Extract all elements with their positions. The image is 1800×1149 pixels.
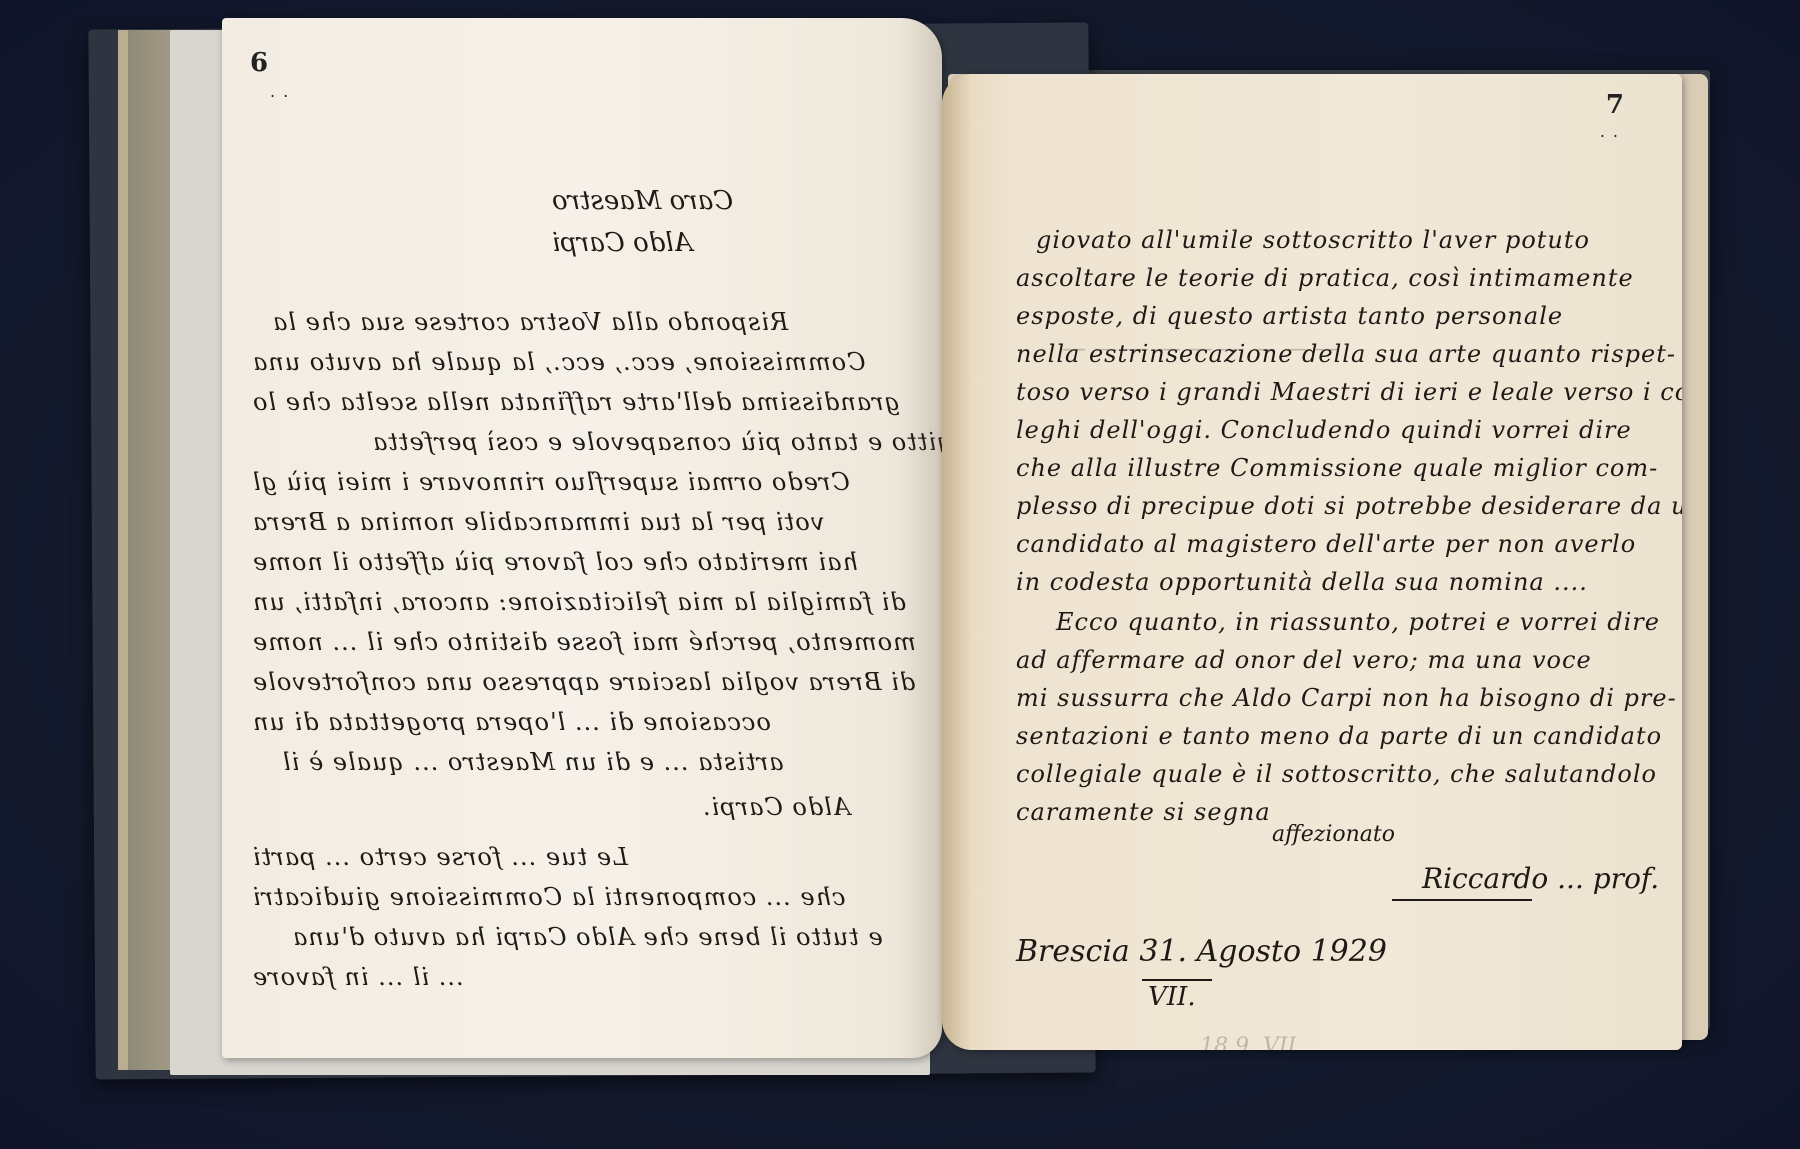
right-page: 7 .. — — — — — — — — — giovato all'umile… xyxy=(942,74,1682,1050)
left-line: Rispondo alla Vostra cortese sua che la xyxy=(272,308,788,336)
left-heading-line-2: Aldo Carpi xyxy=(552,228,692,258)
right-line: esposte, di questo artista tanto persona… xyxy=(1016,302,1563,330)
right-line: collegiale quale è il sottoscritto, che … xyxy=(1016,760,1657,788)
page-marks-left: .. xyxy=(270,82,296,101)
right-line: Ecco quanto, in riassunto, potrei e vorr… xyxy=(1056,608,1660,636)
right-line: mi sussurra che Aldo Carpi non ha bisogn… xyxy=(1016,684,1677,712)
left-line: occasione di ... l'opera progettata di u… xyxy=(252,708,771,736)
left-line: voti per la tua immancabile nomina a Bre… xyxy=(252,508,824,536)
left-line: di Brera voglia lasciare appresso una co… xyxy=(252,668,915,696)
era-overline xyxy=(1142,979,1212,981)
left-line: che ... componenti la Commissione giudic… xyxy=(252,883,846,911)
right-line: ascoltare le teorie di pratica, così int… xyxy=(1016,264,1634,292)
fascist-era-year: VII. xyxy=(1148,982,1196,1012)
signature: Riccardo ... prof. xyxy=(1422,862,1659,895)
place-date: Brescia 31. Agosto 1929 xyxy=(1016,934,1387,969)
left-line: grandissima dell'arte raffinata nella sc… xyxy=(252,388,900,416)
left-line: ... il ... in favore xyxy=(252,963,464,991)
left-heading-line-1: Caro Maestro xyxy=(552,186,733,216)
left-line: e tutto il bene che Aldo Carpi ha avuto … xyxy=(292,923,883,951)
right-line: toso verso i grandi Maestri di ieri e le… xyxy=(1016,378,1682,406)
signature-underline xyxy=(1392,899,1532,901)
right-line: ad affermare ad onor del vero; ma una vo… xyxy=(1016,646,1592,674)
left-line: momento, perché mai fosse distinto che i… xyxy=(252,628,916,656)
right-line: candidato al magistero dell'arte per non… xyxy=(1016,530,1636,558)
page-number-right: 7 xyxy=(1606,90,1624,120)
right-line: sentazioni e tanto meno da parte di un c… xyxy=(1016,722,1662,750)
left-page: 6 .. Caro Maestro Aldo Carpi Rispondo al… xyxy=(222,18,942,1058)
left-line: di famiglia la mia felicitazione: ancora… xyxy=(252,588,906,616)
left-line: Le tue ... forse certo ... parti xyxy=(252,843,628,871)
right-line: caramente si segna xyxy=(1016,798,1271,826)
left-line: hai meritato che col favore più affetto … xyxy=(252,548,858,576)
page-number-left: 6 xyxy=(250,48,268,78)
left-line: Credo ormai superfluo rinnovare i miei p… xyxy=(252,468,850,496)
right-line: plesso di precipue doti si potrebbe desi… xyxy=(1016,492,1682,520)
faint-annotation: ... 18.9. VII xyxy=(1172,1034,1296,1050)
left-line: Commissione, ecc., ecc., la quale ha avu… xyxy=(252,348,866,376)
right-line: in codesta opportunità della sua nomina … xyxy=(1016,568,1588,596)
left-line: gitto e tanto più consapevole e così per… xyxy=(372,428,942,456)
left-line: Aldo Carpi. xyxy=(702,793,850,821)
right-line: nella estrinsecazione della sua arte qua… xyxy=(1016,340,1676,368)
right-line: giovato all'umile sottoscritto l'aver po… xyxy=(1036,226,1590,254)
right-line: che alla illustre Commissione quale migl… xyxy=(1016,454,1658,482)
right-line: leghi dell'oggi. Concludendo quindi vorr… xyxy=(1016,416,1632,444)
closing-affezionato: affezionato xyxy=(1272,822,1395,847)
page-marks-right: .. xyxy=(1600,122,1626,141)
left-line: artista ... e di un Maestro ... quale è … xyxy=(282,748,784,776)
